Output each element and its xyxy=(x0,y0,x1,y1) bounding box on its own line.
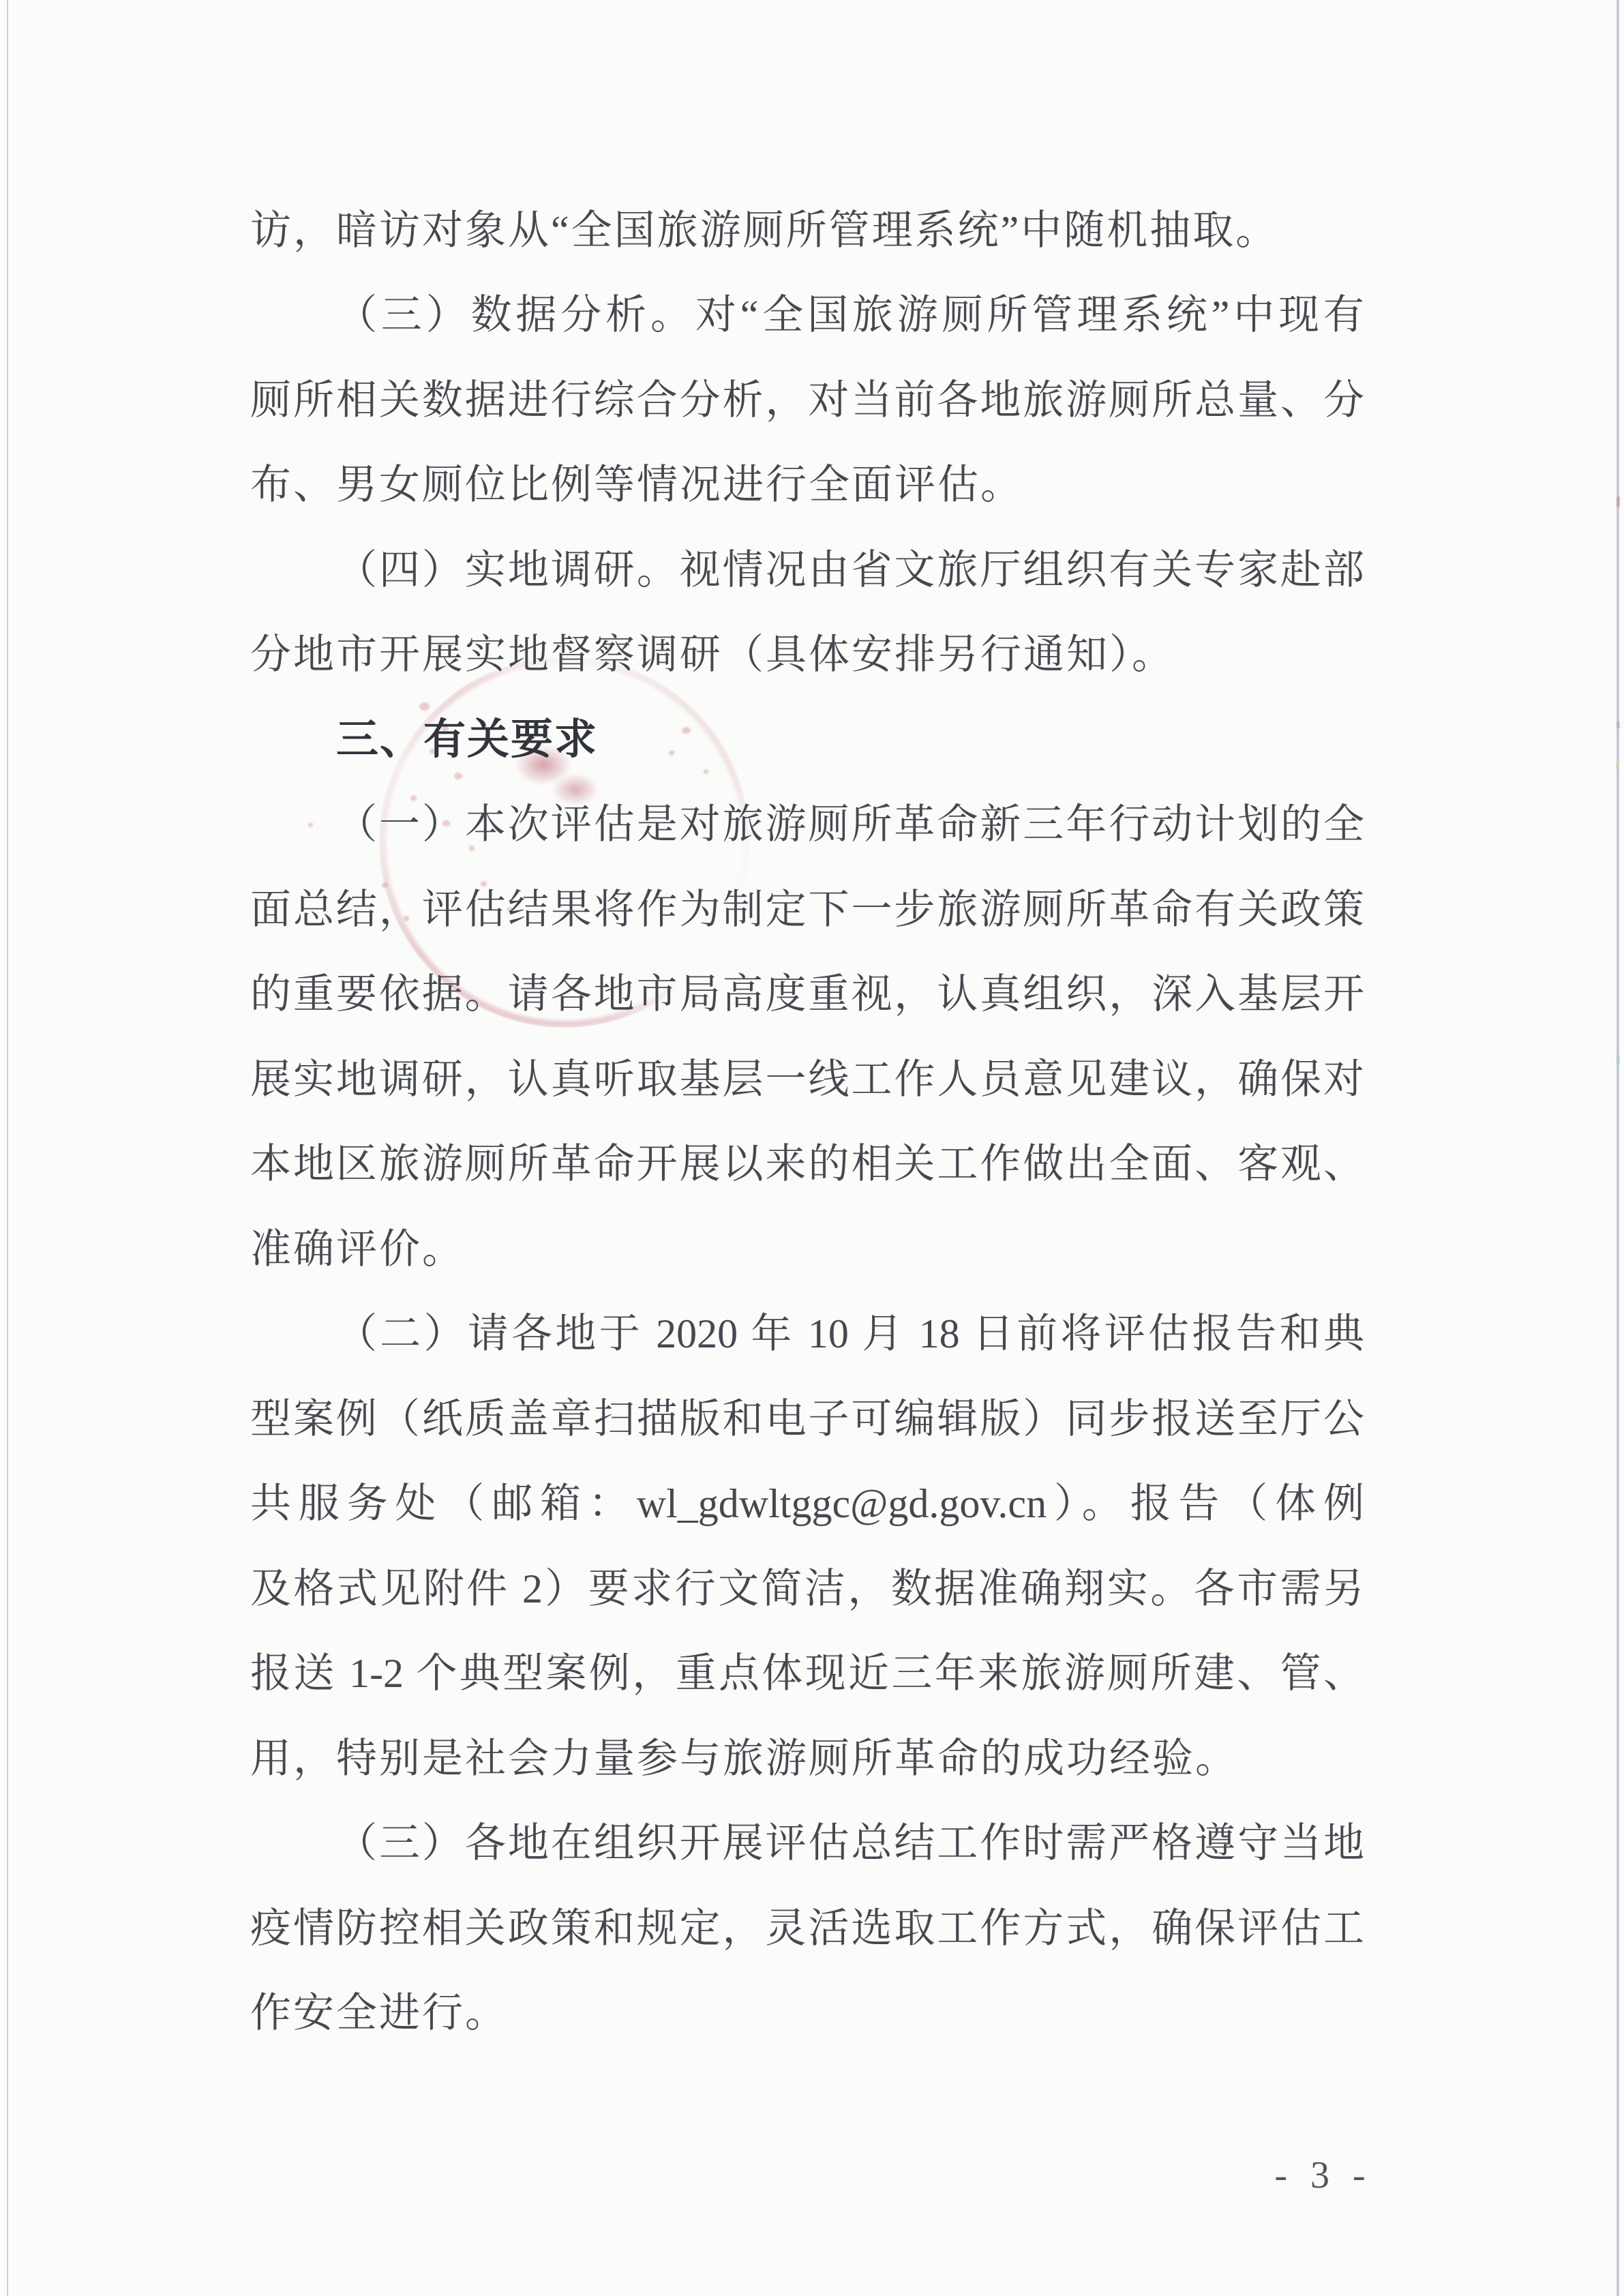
page-number: - 3 - xyxy=(1265,2153,1381,2197)
body-line: 型案例（纸质盖章扫描版和电子可编辑版）同步报送至厅公 xyxy=(250,1377,1364,1461)
body-line: 共服务处（邮箱：wl_gdwltggc@gd.gov.cn）。报告（体例 xyxy=(250,1461,1364,1546)
body-line: 用，特别是社会力量参与旅游厕所革命的成功经验。 xyxy=(250,1716,1364,1801)
body-line: 分地市开展实地督察调研（具体安排另行通知）。 xyxy=(250,612,1364,697)
body-line: 访，暗访对象从“全国旅游厕所管理系统”中随机抽取。 xyxy=(250,188,1364,273)
scan-artifact xyxy=(1617,496,1620,507)
body-line: 厕所相关数据进行综合分析，对当前各地旅游厕所总量、分 xyxy=(250,358,1364,443)
body-line: 布、男女厕位比例等情况进行全面评估。 xyxy=(250,443,1364,527)
body-line: 及格式见附件 2）要求行文简洁，数据准确翔实。各市需另 xyxy=(250,1547,1364,1631)
body-line: 本地区旅游厕所革命开展以来的相关工作做出全面、客观、 xyxy=(250,1122,1364,1206)
scan-artifact xyxy=(1617,721,1620,728)
body-line: （一）本次评估是对旅游厕所革命新三年行动计划的全 xyxy=(250,782,1364,867)
body-line: 疫情防控相关政策和规定，灵活选取工作方式，确保评估工 xyxy=(250,1886,1364,1971)
body-line: （三）数据分析。对“全国旅游厕所管理系统”中现有 xyxy=(250,273,1364,357)
scanned-document-page: 访，暗访对象从“全国旅游厕所管理系统”中随机抽取。 （三）数据分析。对“全国旅游… xyxy=(0,0,1624,2296)
section-heading: 三、有关要求 xyxy=(250,698,1364,782)
body-line: （四）实地调研。视情况由省文旅厅组织有关专家赴部 xyxy=(250,528,1364,612)
body-line: 展实地调研，认真听取基层一线工作人员意见建议，确保对 xyxy=(250,1037,1364,1122)
body-line: （三）各地在组织开展评估总结工作时需严格遵守当地 xyxy=(250,1801,1364,1885)
scan-edge-line-right xyxy=(1617,0,1619,2296)
body-line: 作安全进行。 xyxy=(250,1971,1364,2055)
body-line: （二）请各地于 2020 年 10 月 18 日前将评估报告和典 xyxy=(250,1292,1364,1376)
body-line: 准确评价。 xyxy=(250,1207,1364,1292)
body-line: 报送 1-2 个典型案例，重点体现近三年来旅游厕所建、管、 xyxy=(250,1631,1364,1716)
body-line: 面总结，评估结果将作为制定下一步旅游厕所革命有关政策 xyxy=(250,867,1364,952)
body-line: 的重要依据。请各地市局高度重视，认真组织，深入基层开 xyxy=(250,952,1364,1037)
scan-edge-line-left xyxy=(7,0,8,2296)
scan-artifact xyxy=(1616,762,1619,769)
scan-artifact xyxy=(1617,1056,1620,1064)
